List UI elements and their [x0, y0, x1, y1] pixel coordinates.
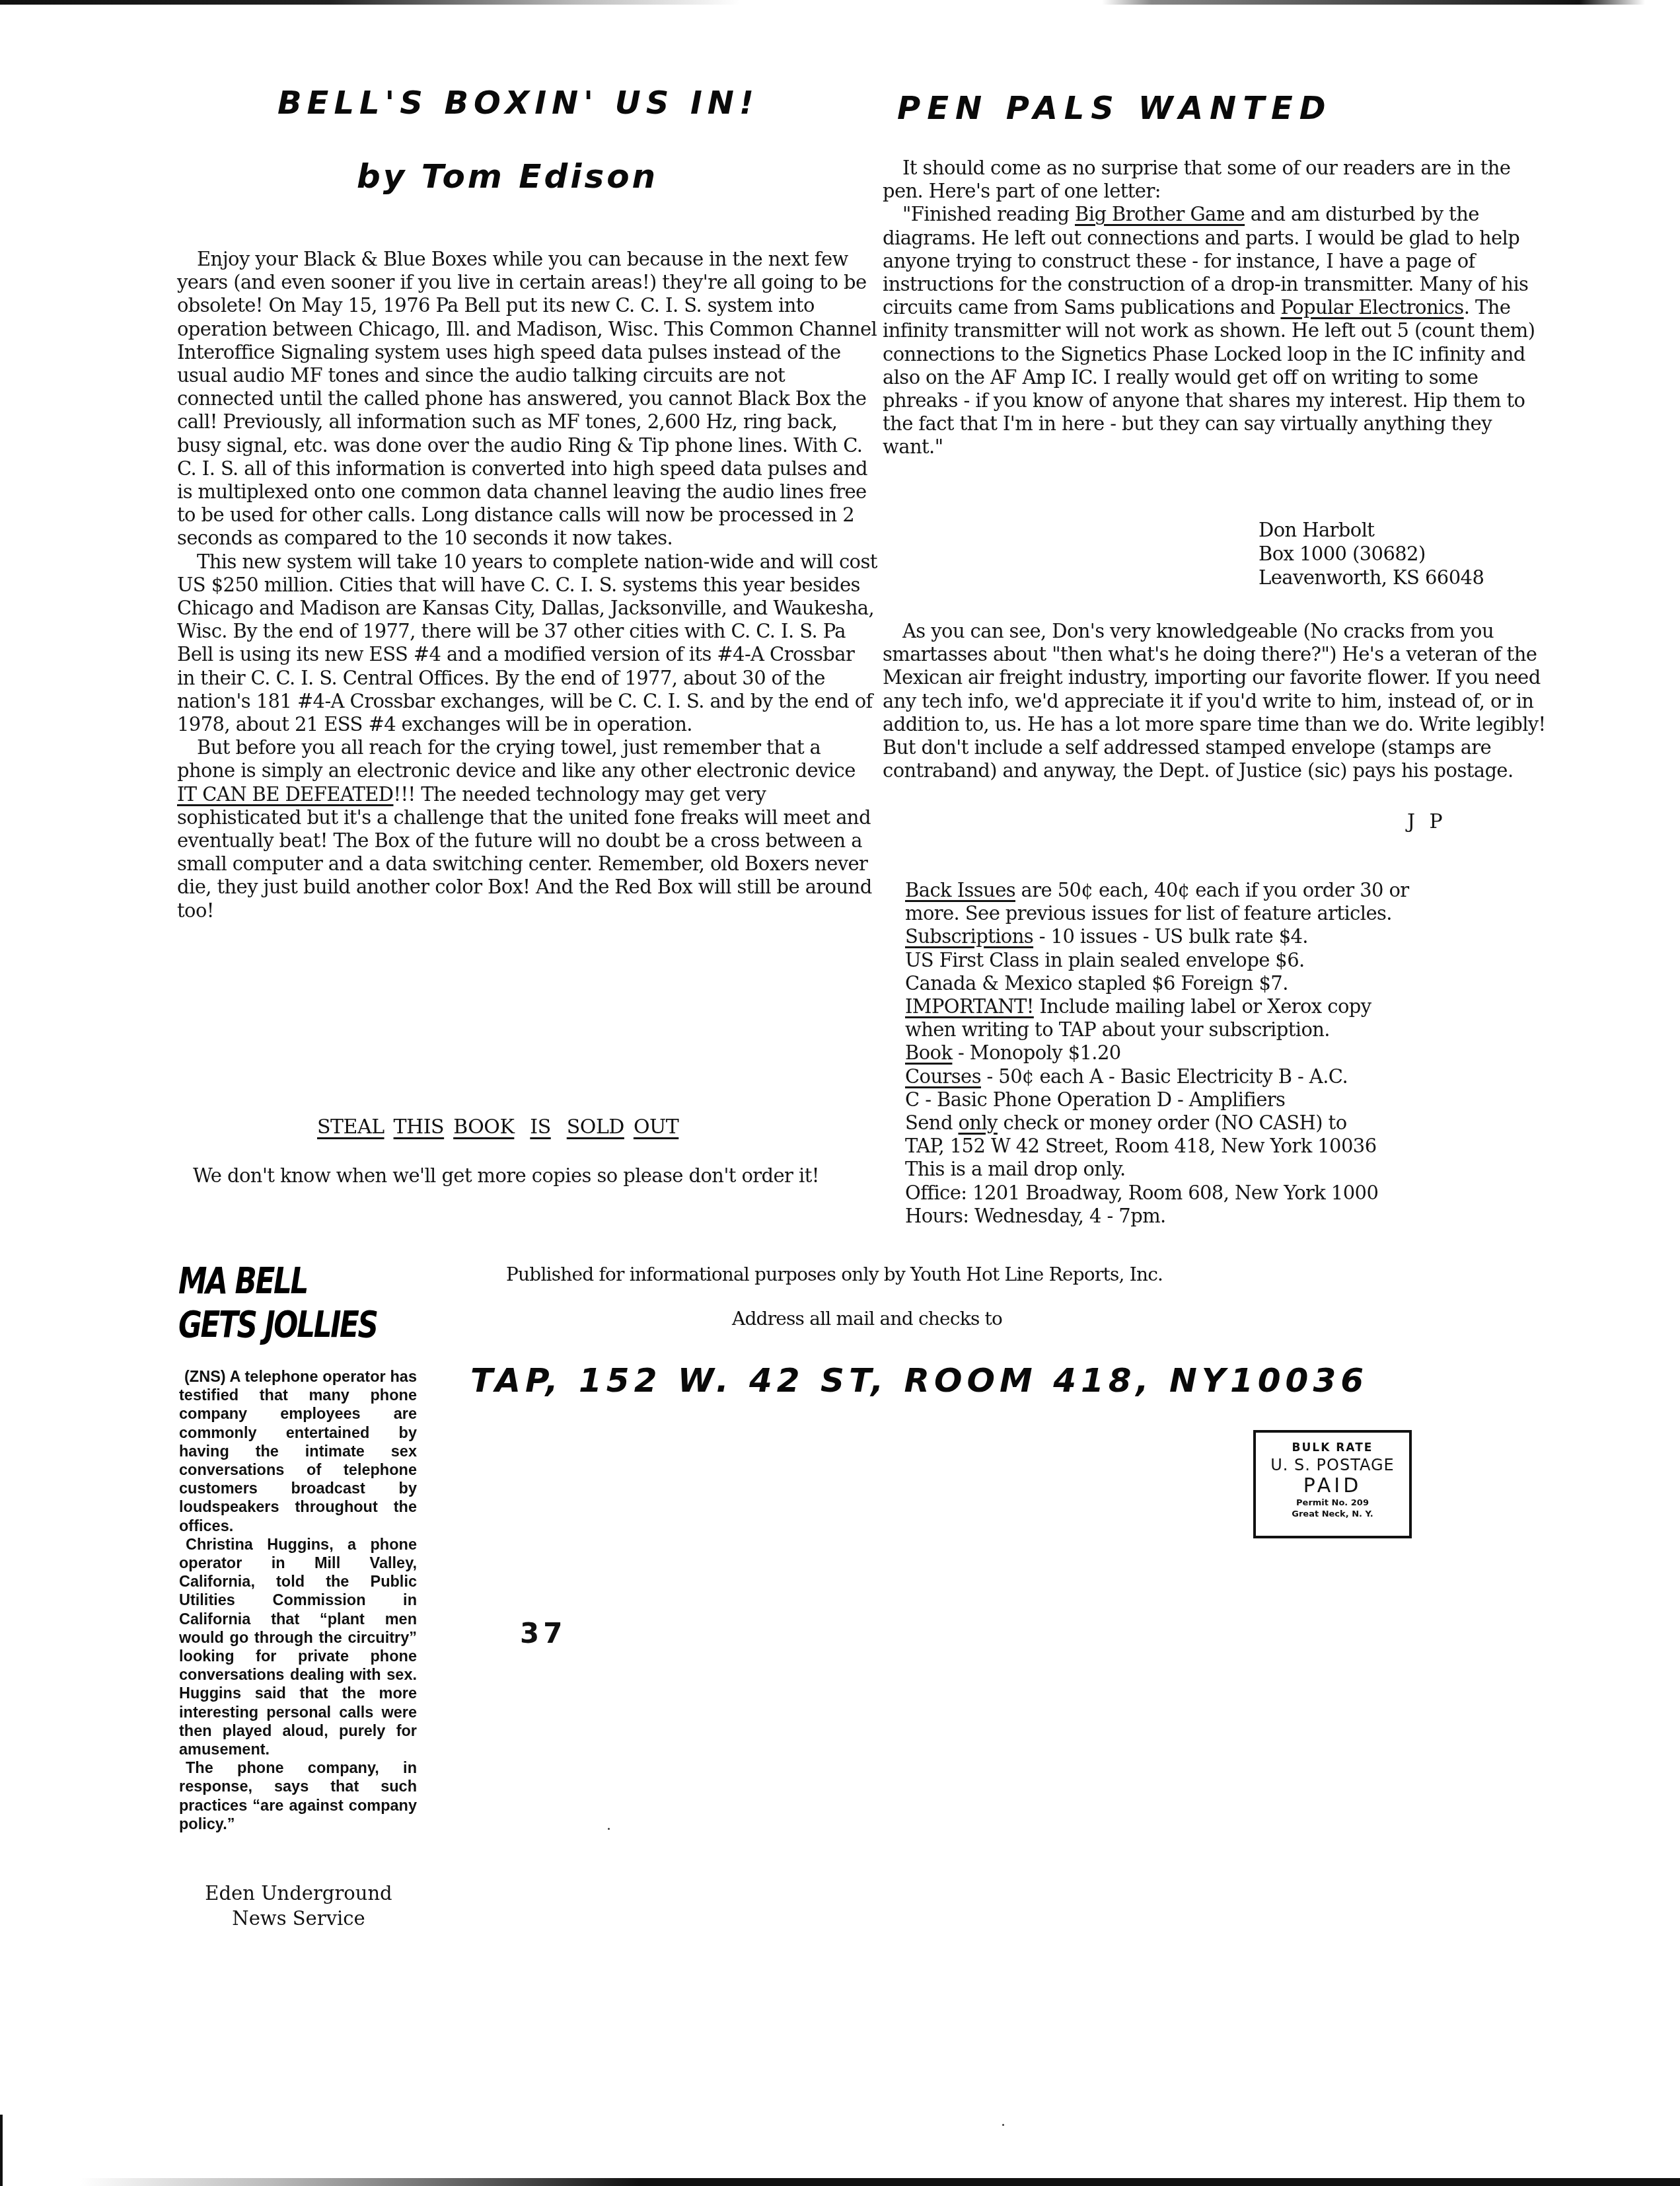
pen-pals-body: It should come as no surprise that some …	[883, 157, 1543, 459]
info-text: Canada & Mexico stapled $6 Foreign $7.	[905, 972, 1539, 995]
subscription-info: Back Issues are 50¢ each, 40¢ each if yo…	[905, 879, 1539, 1228]
title-word: BOOK	[453, 1115, 514, 1139]
title-word: IS	[530, 1115, 550, 1139]
scan-speck	[608, 1828, 610, 1830]
ma-bell-paragraph: The phone company, in response, says tha…	[179, 1758, 417, 1833]
ma-bell-body: (ZNS) A telephone operator has testified…	[179, 1367, 417, 1833]
office-hours: Hours: Wednesday, 4 - 7pm.	[905, 1205, 1539, 1228]
tap-mailing-address: TAP, 152 W. 42 ST, ROOM 418, NY10036	[470, 1361, 1368, 1400]
subscriptions-label: Subscriptions	[905, 925, 1033, 948]
note-text: We don't know when we'll get more copies…	[193, 1164, 854, 1187]
only-emphasis: only	[959, 1112, 998, 1134]
ma-bell-paragraph: (ZNS) A telephone operator has testified…	[179, 1367, 417, 1535]
info-text: more. See previous issues for list of fe…	[905, 902, 1539, 925]
source-line: Eden Underground	[180, 1881, 418, 1906]
signature-box: Box 1000 (30682)	[1259, 542, 1484, 566]
info-text: - 50¢ each A - Basic Electricity B - A.C…	[981, 1065, 1348, 1088]
stamp-line: BULK RATE	[1256, 1441, 1409, 1455]
bells-text: But before you all reach for the crying …	[177, 736, 856, 782]
pen-pals-title: PEN PALS WANTED	[897, 90, 1333, 127]
pen-pals-letter: "Finished reading Big Brother Game and a…	[883, 203, 1543, 459]
ma-bell-paragraph: Christina Huggins, a phone operator in M…	[179, 1535, 417, 1758]
steal-this-book-title: STEALTHISBOOKISSOLDOUT	[317, 1115, 688, 1139]
bells-article-title: BELL'S BOXIN' US IN!	[277, 85, 759, 122]
info-text: - 10 issues - US bulk rate $4.	[1033, 925, 1308, 948]
important-line: IMPORTANT! Include mailing label or Xero…	[905, 995, 1539, 1018]
address-intro: Address all mail and checks to	[732, 1308, 1002, 1330]
tap-mail-address: TAP, 152 W 42 Street, Room 418, New York…	[905, 1135, 1539, 1158]
important-label: IMPORTANT!	[905, 995, 1034, 1018]
office-address: Office: 1201 Broadway, Room 608, New Yor…	[905, 1182, 1539, 1205]
title-word: SOLD	[567, 1115, 624, 1139]
back-issues-line: Back Issues are 50¢ each, 40¢ each if yo…	[905, 879, 1539, 902]
magazine-title: Popular Electronics	[1280, 296, 1463, 319]
scan-edge-left	[0, 2115, 3, 2186]
subscriptions-line: Subscriptions - 10 issues - US bulk rate…	[905, 925, 1539, 948]
pen-pals-intro: It should come as no surprise that some …	[883, 157, 1543, 203]
courses-label: Courses	[905, 1065, 981, 1088]
title-line: GETS JOLLIES	[178, 1303, 377, 1347]
bells-article-body: Enjoy your Black & Blue Boxes while you …	[177, 248, 877, 923]
info-text: are 50¢ each, 40¢ each if you order 30 o…	[1015, 879, 1409, 901]
scan-edge-bottom	[79, 2178, 1680, 2186]
info-text: - Monopoly $1.20	[952, 1041, 1120, 1064]
editor-initials: J P	[1407, 810, 1447, 833]
bells-paragraph: This new system will take 10 years to co…	[177, 550, 877, 737]
send-line: Send only check or money order (NO CASH)…	[905, 1112, 1539, 1135]
info-text: check or money order (NO CASH) to	[998, 1112, 1347, 1134]
ma-bell-title: MA BELL GETS JOLLIES	[178, 1260, 377, 1347]
info-text: US First Class in plain sealed envelope …	[905, 949, 1539, 972]
letter-signature: Don Harbolt Box 1000 (30682) Leavenworth…	[1259, 518, 1484, 589]
title-word: THIS	[394, 1115, 445, 1139]
scan-edge-top	[0, 0, 1645, 5]
book-label: Book	[905, 1041, 952, 1064]
title-line: MA BELL	[178, 1260, 377, 1303]
page-number: 37	[520, 1617, 566, 1649]
scan-speck	[1002, 2124, 1004, 2126]
courses-line: Courses - 50¢ each A - Basic Electricity…	[905, 1065, 1539, 1088]
followup-text: As you can see, Don's very knowledgeable…	[883, 620, 1550, 782]
source-line: News Service	[180, 1906, 418, 1931]
letter-text: . The infinity transmitter will not work…	[883, 296, 1535, 458]
publisher-line: Published for informational purposes onl…	[506, 1263, 1163, 1285]
title-word: STEAL	[317, 1115, 384, 1139]
bells-article-byline: by Tom Edison	[357, 157, 658, 196]
signature-name: Don Harbolt	[1259, 518, 1484, 542]
bells-paragraph: Enjoy your Black & Blue Boxes while you …	[177, 248, 877, 550]
info-text: Send	[905, 1112, 959, 1134]
letter-text: "Finished reading	[902, 203, 1075, 225]
info-text: Include mailing label or Xerox copy	[1034, 995, 1371, 1018]
stamp-line: Permit No. 209	[1256, 1497, 1409, 1509]
stamp-line: PAID	[1256, 1475, 1409, 1497]
bulk-rate-postage-stamp: BULK RATE U. S. POSTAGE PAID Permit No. …	[1253, 1430, 1412, 1538]
back-issues-label: Back Issues	[905, 879, 1015, 901]
defeated-emphasis: IT CAN BE DEFEATED	[177, 783, 393, 806]
pen-pals-followup: As you can see, Don's very knowledgeable…	[883, 620, 1550, 782]
bells-paragraph: But before you all reach for the crying …	[177, 736, 877, 923]
stamp-line: Great Neck, N. Y.	[1256, 1509, 1409, 1520]
info-text: This is a mail drop only.	[905, 1158, 1539, 1181]
info-text: C - Basic Phone Operation D - Amplifiers	[905, 1088, 1539, 1112]
title-word: OUT	[634, 1115, 678, 1139]
steal-this-book-note: We don't know when we'll get more copies…	[193, 1164, 854, 1187]
signature-city: Leavenworth, KS 66048	[1259, 566, 1484, 589]
book-line: Book - Monopoly $1.20	[905, 1041, 1539, 1065]
news-source: Eden Underground News Service	[180, 1881, 418, 1931]
stamp-line: U. S. POSTAGE	[1256, 1455, 1409, 1475]
info-text: when writing to TAP about your subscript…	[905, 1018, 1539, 1041]
book-title: Big Brother Game	[1075, 203, 1245, 225]
